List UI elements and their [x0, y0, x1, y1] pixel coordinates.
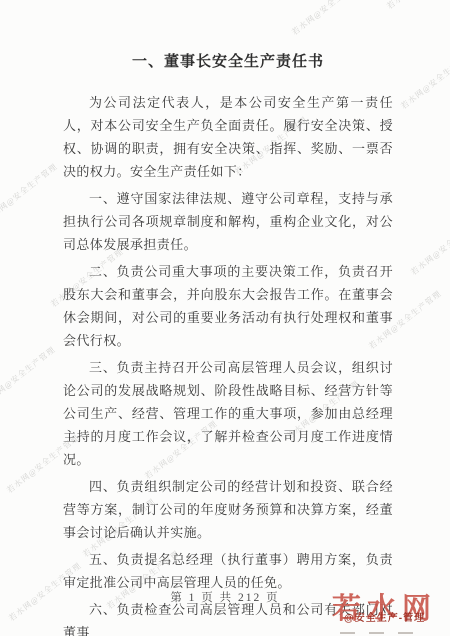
paragraph-item-5: 五、负责提名总经理（执行董事）聘用方案，负责审定批准公司中高层管理人员的任免。	[63, 548, 393, 594]
logo-underline-marks	[340, 632, 413, 634]
paragraph-item-1: 一、遵守国家法律法规、遵守公司章程，支持与承担执行公司各项规章制度和解构，重构企…	[63, 187, 393, 256]
paragraph-intro: 为公司法定代表人，是本公司安全生产第一责任人，对本公司安全生产负全面责任。履行安…	[63, 91, 393, 183]
site-logo-overlay-text: @安全生产-管理	[344, 609, 425, 624]
paragraph-item-2: 二、负责公司重大事项的主要决策工作，负责召开股东大会和董事会，并向股东大会报告工…	[63, 260, 393, 352]
site-watermark-logo: 若水网 @安全生产-管理	[332, 595, 450, 633]
paragraph-item-3: 三、负责主持召开公司高层管理人员会议，组织讨论公司的发展战略规划、阶段性战略目标…	[63, 356, 393, 471]
document-page: 若水网@安全生产管理若水网@安全生产管理若水网@安全生产管理若水网@安全生产管理…	[0, 0, 450, 636]
paragraph-item-4: 四、负责组织制定公司的经营计划和投资、联合经营等方案，制订公司的年度财务预算和决…	[63, 475, 393, 544]
document-title: 一、董事长安全生产责任书	[63, 50, 393, 71]
page-content: 一、董事长安全生产责任书 为公司法定代表人，是本公司安全生产第一责任人，对本公司…	[0, 0, 450, 636]
